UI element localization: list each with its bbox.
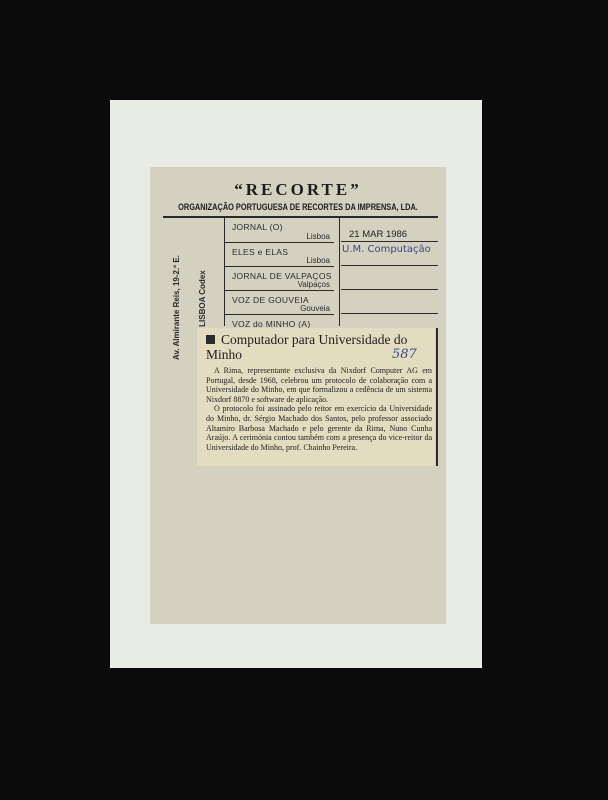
journal-city: Lisboa	[232, 232, 330, 241]
divider	[339, 216, 340, 326]
agency-subtitle: ORGANIZAÇÃO PORTUGUESA DE RECORTES DA IM…	[177, 202, 420, 212]
divider	[224, 314, 334, 315]
divider	[436, 328, 438, 466]
journal-city: Lisboa	[232, 256, 330, 265]
divider	[341, 265, 438, 266]
journal-city: Valpaços	[232, 280, 330, 289]
bullet-square-icon	[206, 335, 215, 344]
handwritten-note: U.M. Computação	[342, 244, 431, 255]
divider	[224, 290, 334, 291]
divider	[341, 289, 438, 290]
article-paragraph: A Rima, representante exclusiva da Nixdo…	[206, 366, 432, 404]
divider	[341, 241, 438, 242]
divider	[224, 266, 334, 267]
article-paragraph: O protocolo foi assinado pelo reitor em …	[206, 404, 432, 452]
divider	[163, 216, 438, 218]
divider	[224, 242, 334, 243]
divider	[341, 313, 438, 314]
journal-name: JORNAL (O)	[232, 222, 283, 232]
agency-address: Av. Almirante Reis, 19-2.º E.	[172, 255, 181, 360]
date-stamp: 21 MAR 1986	[349, 229, 407, 240]
handwritten-number: 587	[392, 347, 417, 362]
agency-title: “RECORTE”	[150, 180, 446, 200]
article-body: A Rima, representante exclusiva da Nixdo…	[206, 366, 432, 452]
journal-city: Gouveia	[232, 304, 330, 313]
divider	[224, 216, 225, 326]
